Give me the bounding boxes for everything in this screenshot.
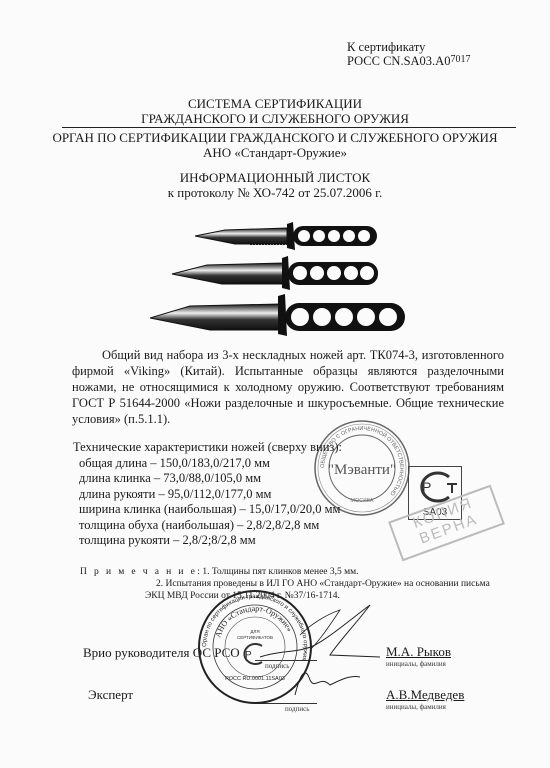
spec-row: общая длина – 150,0/183,0/217,0 мм bbox=[73, 456, 342, 472]
notes-label: П р и м е ч а н и е: bbox=[80, 567, 202, 577]
certificate-number: РОСС CN.SA03.A07017 bbox=[347, 54, 470, 70]
note-item-1: 1. Толщины пят клинков менее 3,5 мм. bbox=[202, 567, 358, 577]
knife-small bbox=[195, 222, 377, 250]
certificate-reference: К сертификату РОСС CN.SA03.A07017 bbox=[347, 40, 470, 70]
spec-row: длина рукояти – 95,0/112,0/177,0 мм bbox=[73, 487, 342, 503]
system-heading-line1: СИСТЕМА СЕРТИФИКАЦИИ bbox=[0, 96, 550, 111]
organ-stamp-inner-top: ДЛЯ bbox=[250, 629, 259, 634]
organ-stamp-reg: РОСС RU.0001.11SA03 bbox=[225, 676, 285, 682]
document-title-block: ИНФОРМАЦИОННЫЙ ЛИСТОК к протоколу № ХО-7… bbox=[0, 170, 550, 200]
system-heading-line2: ГРАЖДАНСКОГО И СЛУЖЕБНОГО ОРУЖИЯ bbox=[0, 111, 550, 126]
organ-round-stamp: Орган по сертификации гражданского и слу… bbox=[196, 588, 314, 706]
spec-row: толщина обуха (наибольшая) – 2,8/2,8/2,8… bbox=[73, 518, 342, 534]
knife-medium bbox=[172, 256, 378, 290]
svg-text:P: P bbox=[422, 479, 431, 495]
organ-heading-line2: АНО «Стандарт-Оружие» bbox=[0, 145, 550, 160]
organ-heading-line1: ОРГАН ПО СЕРТИФИКАЦИИ ГРАЖДАНСКОГО И СЛУ… bbox=[0, 130, 550, 145]
company-stamp-city: МОСКВА bbox=[350, 498, 374, 504]
knives-photo bbox=[150, 210, 410, 338]
description-paragraph: Общий вид набора из 3-х нескладных ножей… bbox=[72, 347, 504, 427]
spec-row: ширина клинка (наибольшая) – 15,0/17,0/2… bbox=[73, 502, 342, 518]
certificate-ref-label: К сертификату bbox=[347, 40, 470, 54]
knife-large bbox=[150, 294, 405, 336]
document-title: ИНФОРМАЦИОННЫЙ ЛИСТОК bbox=[0, 170, 550, 185]
certificate-number-prefix: РОСС CN.SA03.A0 bbox=[347, 54, 450, 68]
system-heading: СИСТЕМА СЕРТИФИКАЦИИ ГРАЖДАНСКОГО И СЛУЖ… bbox=[0, 96, 550, 126]
signatory-role-2: Эксперт bbox=[88, 687, 133, 703]
name-caption-1: инициалы, фамилия bbox=[386, 660, 446, 668]
header-divider bbox=[62, 127, 516, 128]
signatory-name-2: А.В.Медведев bbox=[386, 687, 464, 703]
spec-row: длина клинка – 73,0/88,0/105,0 мм bbox=[73, 471, 342, 487]
document-subtitle: к протоколу № ХО-742 от 25.07.2006 г. bbox=[0, 185, 550, 200]
certificate-number-suffix: 7017 bbox=[450, 54, 470, 65]
organ-heading: ОРГАН ПО СЕРТИФИКАЦИИ ГРАЖДАНСКОГО И СЛУ… bbox=[0, 130, 550, 160]
spec-row: толщина рукояти – 2,8/2;8/2,8 мм bbox=[73, 533, 342, 549]
signatory-name-1: М.А. Рыков bbox=[386, 644, 451, 660]
name-caption-2: инициалы, фамилия bbox=[386, 703, 446, 711]
technical-specs: Технические характеристики ножей (сверху… bbox=[73, 440, 342, 549]
svg-text:P: P bbox=[245, 650, 252, 661]
specs-heading: Технические характеристики ножей (сверху… bbox=[73, 440, 342, 456]
organ-stamp-inner-mid: СЕРТИФИКАТОВ bbox=[237, 635, 273, 640]
